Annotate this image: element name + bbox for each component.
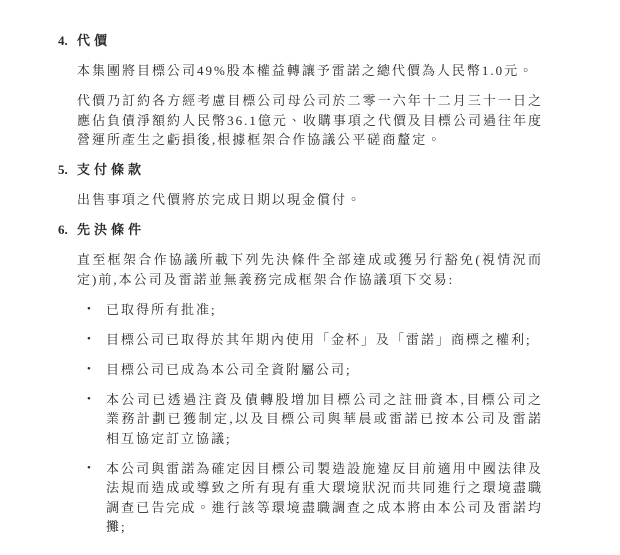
section-heading-row: 6. 先決條件 <box>58 220 620 240</box>
bullet-dot-icon: • <box>87 390 106 410</box>
section-heading-row: 5. 支付條款 <box>58 160 620 180</box>
paragraph: 出售事項之代價將於完成日期以現金償付。 <box>77 190 543 210</box>
section-number: 4. <box>58 31 77 51</box>
bullet-text: 目標公司已成為本公司全資附屬公司; <box>106 360 543 380</box>
list-item: • 目標公司已取得於其年期內使用「金杯」及「雷諾」商標之權利; <box>87 330 620 350</box>
conditions-bullet-list: • 已取得所有批准; • 目標公司已取得於其年期內使用「金杯」及「雷諾」商標之權… <box>0 300 620 537</box>
bullet-text: 目標公司已取得於其年期內使用「金杯」及「雷諾」商標之權利; <box>106 330 543 350</box>
bullet-dot-icon: • <box>87 360 106 380</box>
section-conditions-precedent: 6. 先決條件 直至框架合作協議所載下列先決條件全部達成或獲另行豁免(視情況而定… <box>0 220 620 537</box>
section-heading: 先決條件 <box>77 220 145 240</box>
bullet-dot-icon: • <box>87 330 106 350</box>
section-heading: 支付條款 <box>77 160 145 180</box>
bullet-dot-icon: • <box>87 300 106 320</box>
section-heading-row: 4. 代價 <box>58 31 620 51</box>
list-item: • 本公司已透過注資及債轉股增加目標公司之註冊資本,目標公司之業務計劃已獲制定,… <box>87 390 620 449</box>
bullet-text: 本公司已透過注資及債轉股增加目標公司之註冊資本,目標公司之業務計劃已獲制定,以及… <box>106 390 543 449</box>
section-heading: 代價 <box>77 31 111 51</box>
bullet-text: 已取得所有批准; <box>106 300 543 320</box>
bullet-text: 本公司與雷諾為確定因目標公司製造設施違反目前適用中國法律及法規而造成或導致之所有… <box>106 459 543 537</box>
bullet-dot-icon: • <box>87 459 106 479</box>
paragraph: 直至框架合作協議所載下列先決條件全部達成或獲另行豁免(視情況而定)前,本公司及雷… <box>77 250 543 289</box>
list-item: • 已取得所有批准; <box>87 300 620 320</box>
section-consideration: 4. 代價 本集團將目標公司49%股本權益轉讓予雷諾之總代價為人民幣1.0元。 … <box>0 31 620 150</box>
list-item: • 本公司與雷諾為確定因目標公司製造設施違反目前適用中國法律及法規而造成或導致之… <box>87 459 620 537</box>
paragraph: 本集團將目標公司49%股本權益轉讓予雷諾之總代價為人民幣1.0元。 <box>77 61 543 81</box>
document-page: 4. 代價 本集團將目標公司49%股本權益轉讓予雷諾之總代價為人民幣1.0元。 … <box>0 0 620 537</box>
paragraph: 代價乃訂約各方經考慮目標公司母公司於二零一六年十二月三十一日之應佔負債淨額約人民… <box>77 91 543 150</box>
section-payment-terms: 5. 支付條款 出售事項之代價將於完成日期以現金償付。 <box>0 160 620 210</box>
list-item: • 目標公司已成為本公司全資附屬公司; <box>87 360 620 380</box>
section-number: 6. <box>58 220 77 240</box>
section-number: 5. <box>58 160 77 180</box>
